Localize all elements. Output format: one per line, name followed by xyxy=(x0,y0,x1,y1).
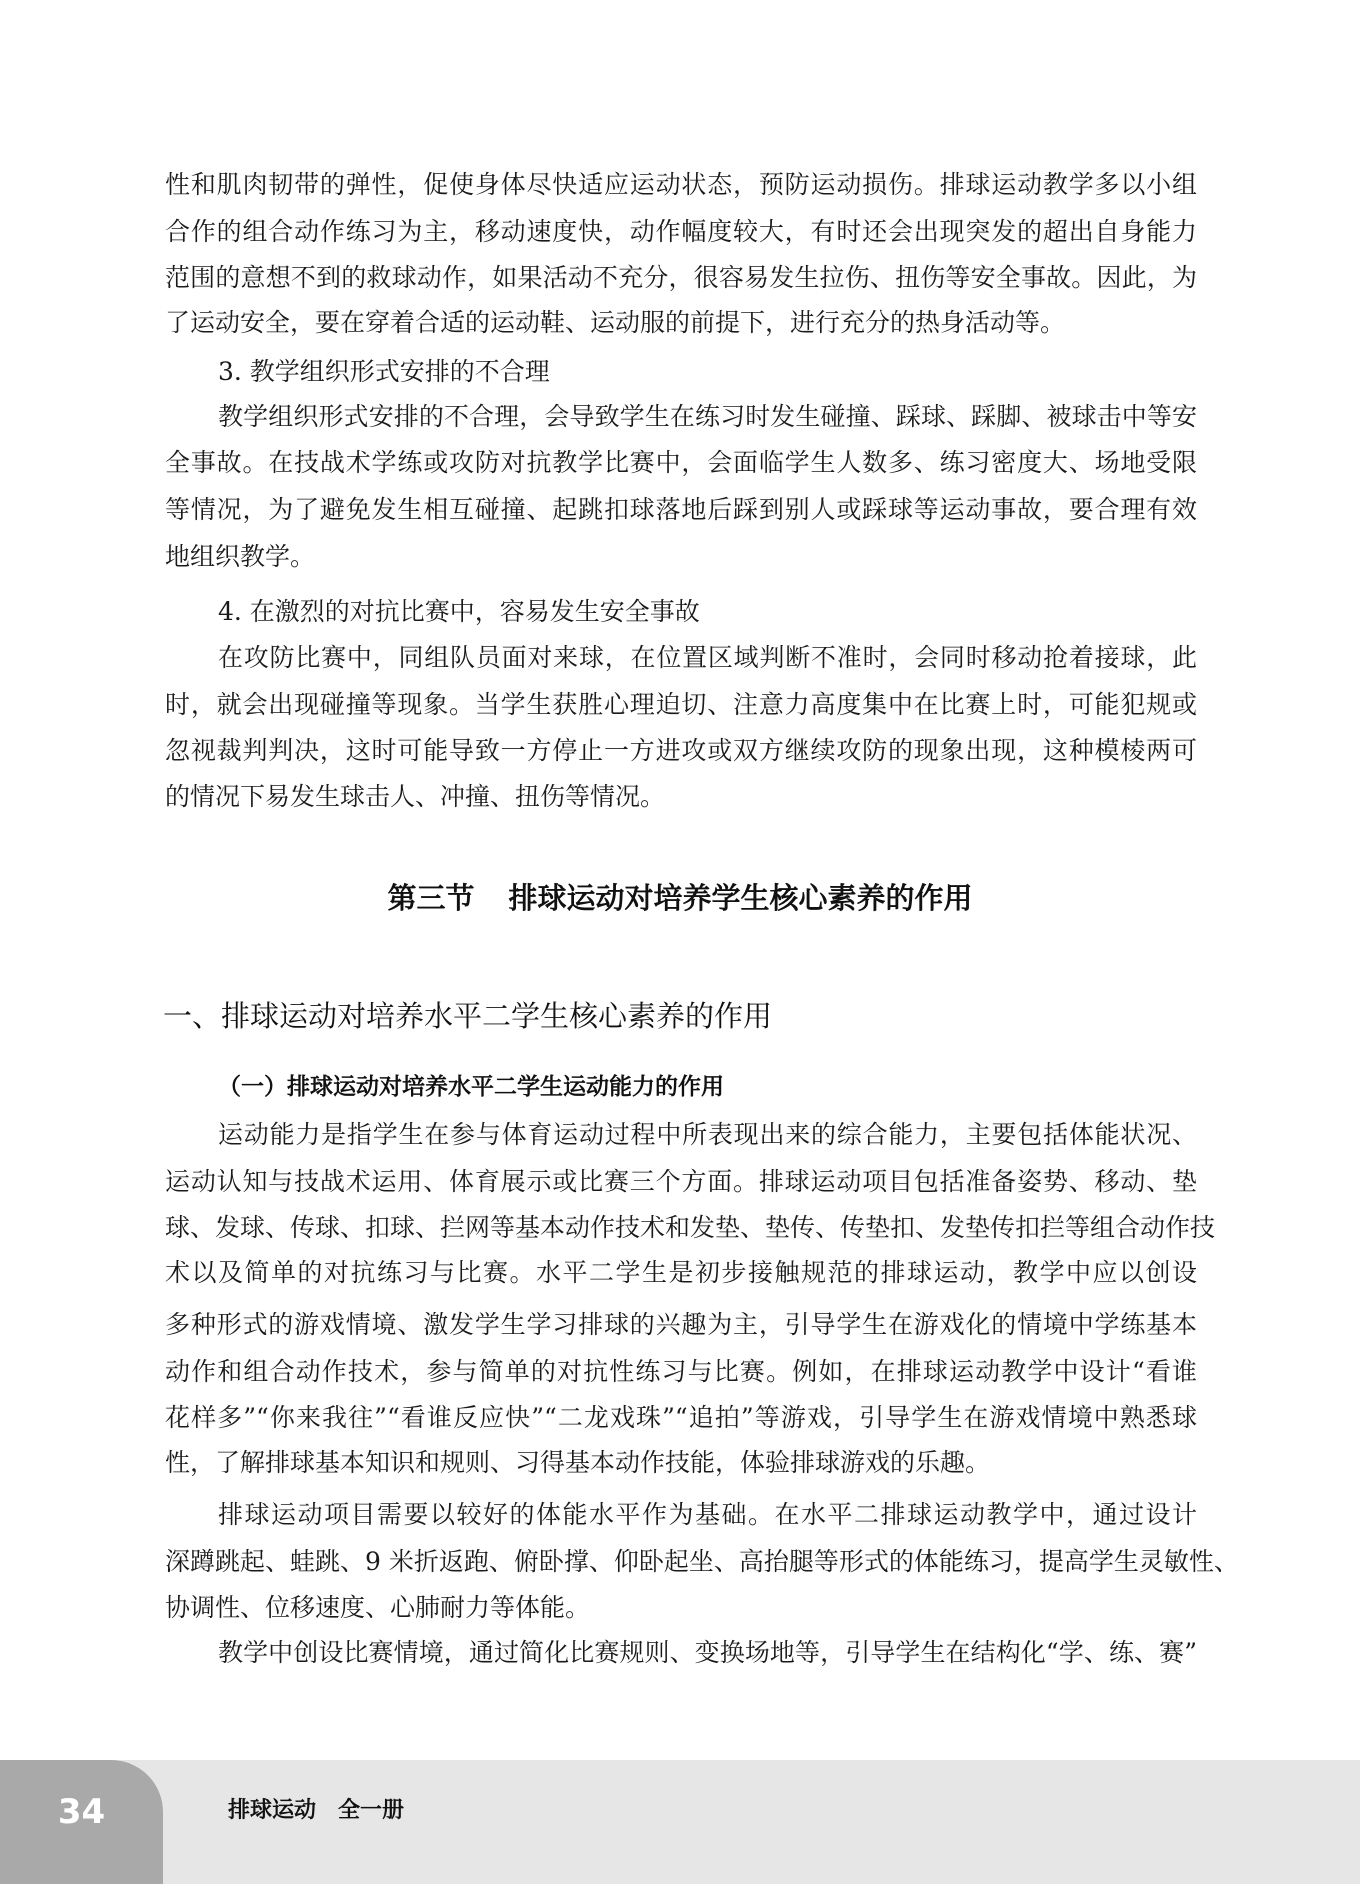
body-line: 了运动安全，要在穿着合适的运动鞋、运动服的前提下，进行充分的热身活动等。 xyxy=(165,306,1197,340)
item-heading-3: 3. 教学组织形式安排的不合理 xyxy=(218,355,1197,389)
body-line: 花样多”“你来我往”“看谁反应快”“二龙戏珠”“追拍”等游戏，引导学生在游戏情境… xyxy=(165,1401,1197,1435)
item-heading-4: 4. 在激烈的对抗比赛中，容易发生安全事故 xyxy=(218,595,1197,629)
body-line: 运动能力是指学生在参与体育运动过程中所表现出来的综合能力，主要包括体能状况、 xyxy=(218,1118,1197,1152)
body-line: 时，就会出现碰撞等现象。当学生获胜心理迫切、注意力高度集中在比赛上时，可能犯规或 xyxy=(165,688,1197,722)
page-footer: 34 排球运动全一册 xyxy=(0,1760,1360,1884)
body-line: 教学中创设比赛情境，通过简化比赛规则、变换场地等，引导学生在结构化“学、练、赛” xyxy=(218,1636,1197,1670)
body-line: 协调性、位移速度、心肺耐力等体能。 xyxy=(165,1591,1197,1625)
body-line: 深蹲跳起、蛙跳、9 米折返跑、俯卧撑、仰卧起坐、高抬腿等形式的体能练习，提高学生… xyxy=(165,1545,1197,1579)
body-line: 合作的组合动作练习为主，移动速度快，动作幅度较大，有时还会出现突发的超出自身能力 xyxy=(165,215,1197,249)
volume-label: 全一册 xyxy=(338,1798,404,1823)
body-line: 术以及简单的对抗练习与比赛。水平二学生是初步接触规范的排球运动，教学中应以创设 xyxy=(165,1256,1197,1290)
section-heading: 第三节排球运动对培养学生核心素养的作用 xyxy=(0,878,1360,918)
body-line: 运动认知与技战术运用、体育展示或比赛三个方面。排球运动项目包括准备姿势、移动、垫 xyxy=(165,1165,1197,1199)
body-line: 全事故。在技战术学练或攻防对抗教学比赛中，会面临学生人数多、练习密度大、场地受限 xyxy=(165,446,1197,480)
book-title: 排球运动 xyxy=(228,1798,316,1823)
body-line: 等情况，为了避免发生相互碰撞、起跳扣球落地后踩到别人或踩球等运动事故，要合理有效 xyxy=(165,493,1197,527)
body-line: 地组织教学。 xyxy=(165,540,1197,574)
body-line: 动作和组合动作技术，参与简单的对抗性练习与比赛。例如，在排球运动教学中设计“看谁 xyxy=(165,1355,1197,1389)
body-line: 范围的意想不到的救球动作，如果活动不充分，很容易发生拉伤、扭伤等安全事故。因此，… xyxy=(165,261,1197,295)
page-number: 34 xyxy=(0,1790,163,1834)
section-title: 排球运动对培养学生核心素养的作用 xyxy=(509,881,973,915)
body-line: 忽视裁判判决，这时可能导致一方停止一方进攻或双方继续攻防的现象出现，这种模棱两可 xyxy=(165,734,1197,768)
subsection-heading: 一、排球运动对培养水平二学生核心素养的作用 xyxy=(163,996,772,1036)
body-line: 排球运动项目需要以较好的体能水平作为基础。在水平二排球运动教学中，通过设计 xyxy=(218,1498,1197,1532)
body-line: 球、发球、传球、扣球、拦网等基本动作技术和发垫、垫传、传垫扣、发垫传扣拦等组合动… xyxy=(165,1211,1197,1245)
subsubsection-heading: （一）排球运动对培养水平二学生运动能力的作用 xyxy=(218,1070,724,1104)
body-line: 性和肌肉韧带的弹性，促使身体尽快适应运动状态，预防运动损伤。排球运动教学多以小组 xyxy=(165,168,1197,202)
body-line: 在攻防比赛中，同组队员面对来球，在位置区域判断不准时，会同时移动抢着接球，此 xyxy=(218,641,1197,675)
body-line: 性，了解排球基本知识和规则、习得基本动作技能，体验排球游戏的乐趣。 xyxy=(165,1446,1197,1480)
body-line: 教学组织形式安排的不合理，会导致学生在练习时发生碰撞、踩球、踩脚、被球击中等安 xyxy=(218,400,1197,434)
running-title: 排球运动全一册 xyxy=(228,1794,404,1828)
section-number: 第三节 xyxy=(387,881,474,915)
body-line: 多种形式的游戏情境、激发学生学习排球的兴趣为主，引导学生在游戏化的情境中学练基本 xyxy=(165,1308,1197,1342)
page-number-tab: 34 xyxy=(0,1760,163,1884)
body-line: 的情况下易发生球击人、冲撞、扭伤等情况。 xyxy=(165,780,1197,814)
